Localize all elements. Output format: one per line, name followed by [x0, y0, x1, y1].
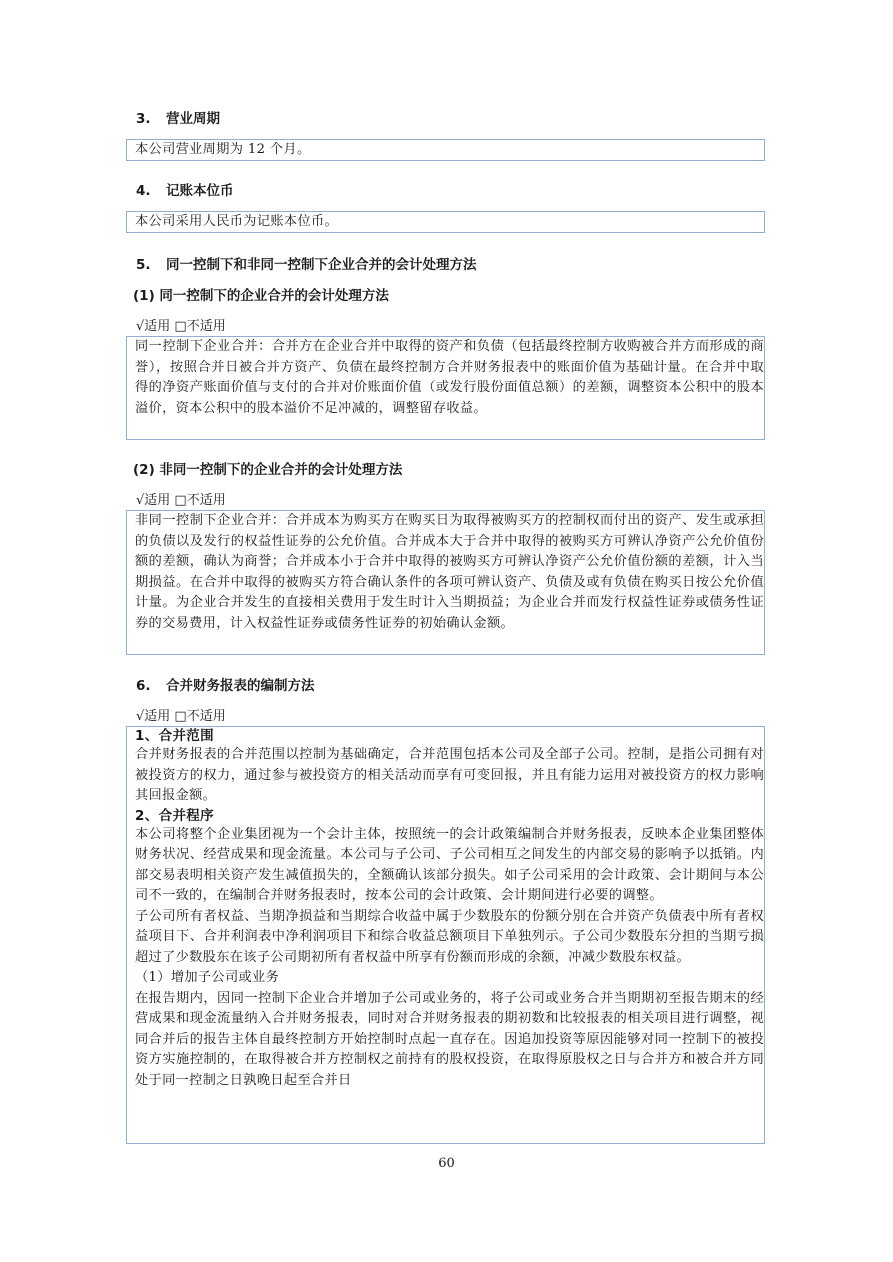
section-3-heading: 3.营业周期 [136, 110, 220, 128]
section-5-2-box: 非同一控制下企业合并：合并成本为购买方在购买日为取得被购买方的控制权而付出的资产… [126, 510, 765, 655]
section-5-1-box: 同一控制下企业合并：合并方在企业合并中取得的资产和负债（包括最终控制方收购被合并… [126, 336, 765, 440]
section-5-heading: 5.同一控制下和非同一控制下企业合并的会计处理方法 [136, 256, 477, 274]
applicability-5-2: √适用 □不适用 [136, 492, 226, 510]
document-page: 3.营业周期 本公司营业周期为 12 个月。 4.记账本位币 本公司采用人民币为… [0, 0, 893, 1262]
section-6-box: 1、合并范围 合并财务报表的合并范围以控制为基础确定，合并范围包括本公司及全部子… [126, 726, 765, 1144]
section-6-heading: 6.合并财务报表的编制方法 [136, 677, 315, 695]
section-4-box: 本公司采用人民币为记账本位币。 [126, 211, 765, 233]
applicability-5-1: √适用 □不适用 [136, 318, 226, 336]
section-4-heading: 4.记账本位币 [136, 182, 234, 200]
procedure-subheading: 2、合并程序 [135, 807, 764, 825]
page-number: 60 [0, 1156, 893, 1171]
section-3-box: 本公司营业周期为 12 个月。 [126, 139, 765, 161]
scope-subheading: 1、合并范围 [135, 727, 764, 745]
section-5-1-heading: (1) 同一控制下的企业合并的会计处理方法 [133, 287, 389, 305]
applicability-6: √适用 □不适用 [136, 708, 226, 726]
section-5-2-heading: (2) 非同一控制下的企业合并的会计处理方法 [133, 461, 402, 479]
add-subsidiary-subheading: （1）增加子公司或业务 [135, 968, 764, 989]
